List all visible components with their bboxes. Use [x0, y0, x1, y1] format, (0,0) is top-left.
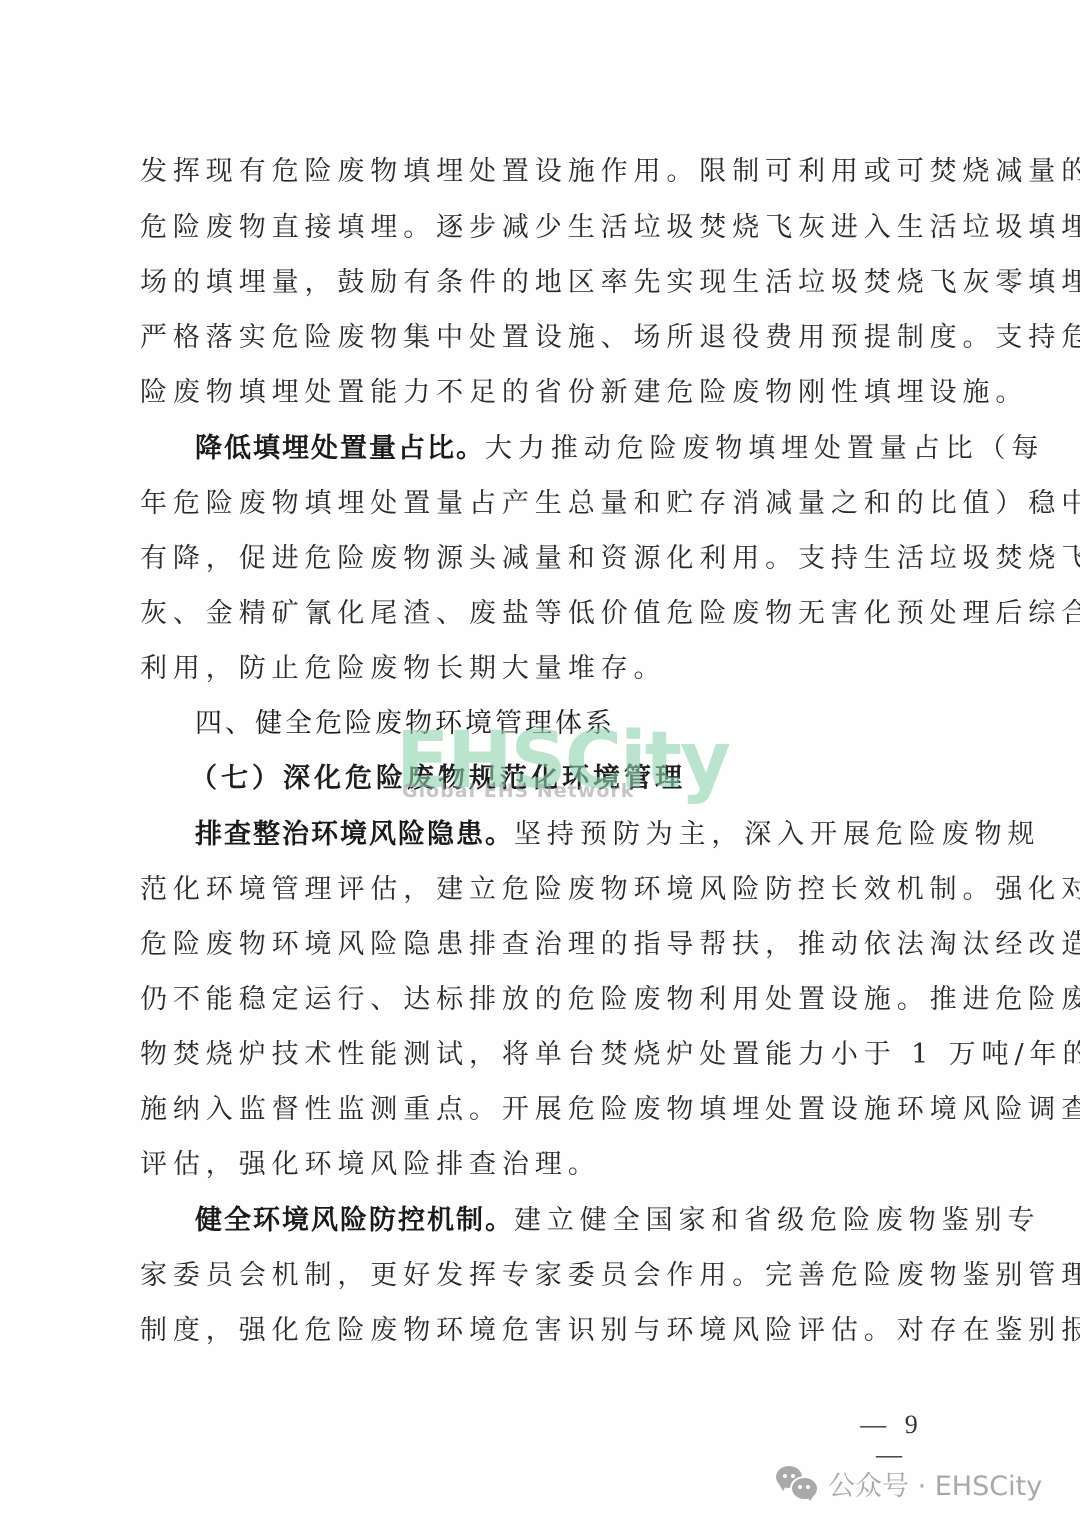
text-line: 制度，强化危险废物环境危害识别与环境风险评估。对存在鉴别报 — [140, 1311, 940, 1351]
paragraph-text: 坚持预防为主，深入开展危险废物规 — [514, 819, 1040, 850]
paragraph-lead-bold: 健全环境风险防控机制。 — [195, 1205, 514, 1236]
text-line: 危险废物环境风险隐患排查治理的指导帮扶，推动依法淘汰经改造 — [140, 925, 940, 965]
text-line: 严格落实危险废物集中处置设施、场所退役费用预提制度。支持危 — [140, 318, 940, 358]
paragraph-first-line: 排查整治环境风险隐患。坚持预防为主，深入开展危险废物规 — [195, 815, 940, 855]
text-line: 场的填埋量，鼓励有条件的地区率先实现生活垃圾焚烧飞灰零填埋。 — [140, 263, 940, 303]
text-line: 家委员会机制，更好发挥专家委员会作用。完善危险废物鉴别管理 — [140, 1256, 940, 1296]
text-line: 年危险废物填埋处置量占产生总量和贮存消减量之和的比值）稳中 — [140, 484, 940, 524]
document-page: 发挥现有危险废物填埋处置设施作用。限制可利用或可焚烧减量的 危险废物直接填埋。逐… — [0, 0, 1080, 1527]
paragraph-text: 大力推动危险废物填埋处置量占比（每 — [485, 433, 1044, 464]
text-line: 险废物填埋处置能力不足的省份新建危险废物刚性填埋设施。 — [140, 373, 940, 413]
paragraph-first-line: 降低填埋处置量占比。大力推动危险废物填埋处置量占比（每 — [195, 429, 940, 469]
text-line: 灰、金精矿氰化尾渣、废盐等低价值危险废物无害化预处理后综合 — [140, 594, 940, 634]
text-line: 施纳入监督性监测重点。开展危险废物填埋处置设施环境风险调查 — [140, 1090, 940, 1130]
subsection-heading: （七）深化危险废物规范化环境管理 — [190, 759, 950, 799]
text-line: 发挥现有危险废物填埋处置设施作用。限制可利用或可焚烧减量的 — [140, 152, 940, 192]
paragraph-lead-bold: 降低填埋处置量占比。 — [195, 433, 485, 464]
paragraph-lead-bold: 排查整治环境风险隐患。 — [195, 819, 514, 850]
text-line: 仍不能稳定运行、达标排放的危险废物利用处置设施。推进危险废 — [140, 980, 940, 1020]
wechat-icon — [776, 1466, 816, 1500]
text-line: 有降，促进危险废物源头减量和资源化利用。支持生活垃圾焚烧飞 — [140, 539, 940, 579]
text-line: 物焚烧炉技术性能测试，将单台焚烧炉处置能力小于 1 万吨/年的设 — [140, 1035, 940, 1075]
text-line: 危险废物直接填埋。逐步减少生活垃圾焚烧飞灰进入生活垃圾填埋 — [140, 208, 940, 248]
text-line: 评估，强化环境风险排查治理。 — [140, 1145, 940, 1185]
paragraph-first-line: 健全环境风险防控机制。建立健全国家和省级危险废物鉴别专 — [195, 1201, 940, 1241]
text-line: 范化环境管理评估，建立危险废物环境风险防控长效机制。强化对 — [140, 870, 940, 910]
text-line: 利用，防止危险废物长期大量堆存。 — [140, 649, 940, 689]
paragraph-text: 建立健全国家和省级危险废物鉴别专 — [514, 1205, 1040, 1236]
section-heading: 四、健全危险废物环境管理体系 — [195, 704, 940, 744]
account-label: 公众号 · EHSCity — [828, 1464, 1042, 1503]
wechat-account-badge[interactable]: 公众号 · EHSCity — [776, 1458, 1042, 1508]
